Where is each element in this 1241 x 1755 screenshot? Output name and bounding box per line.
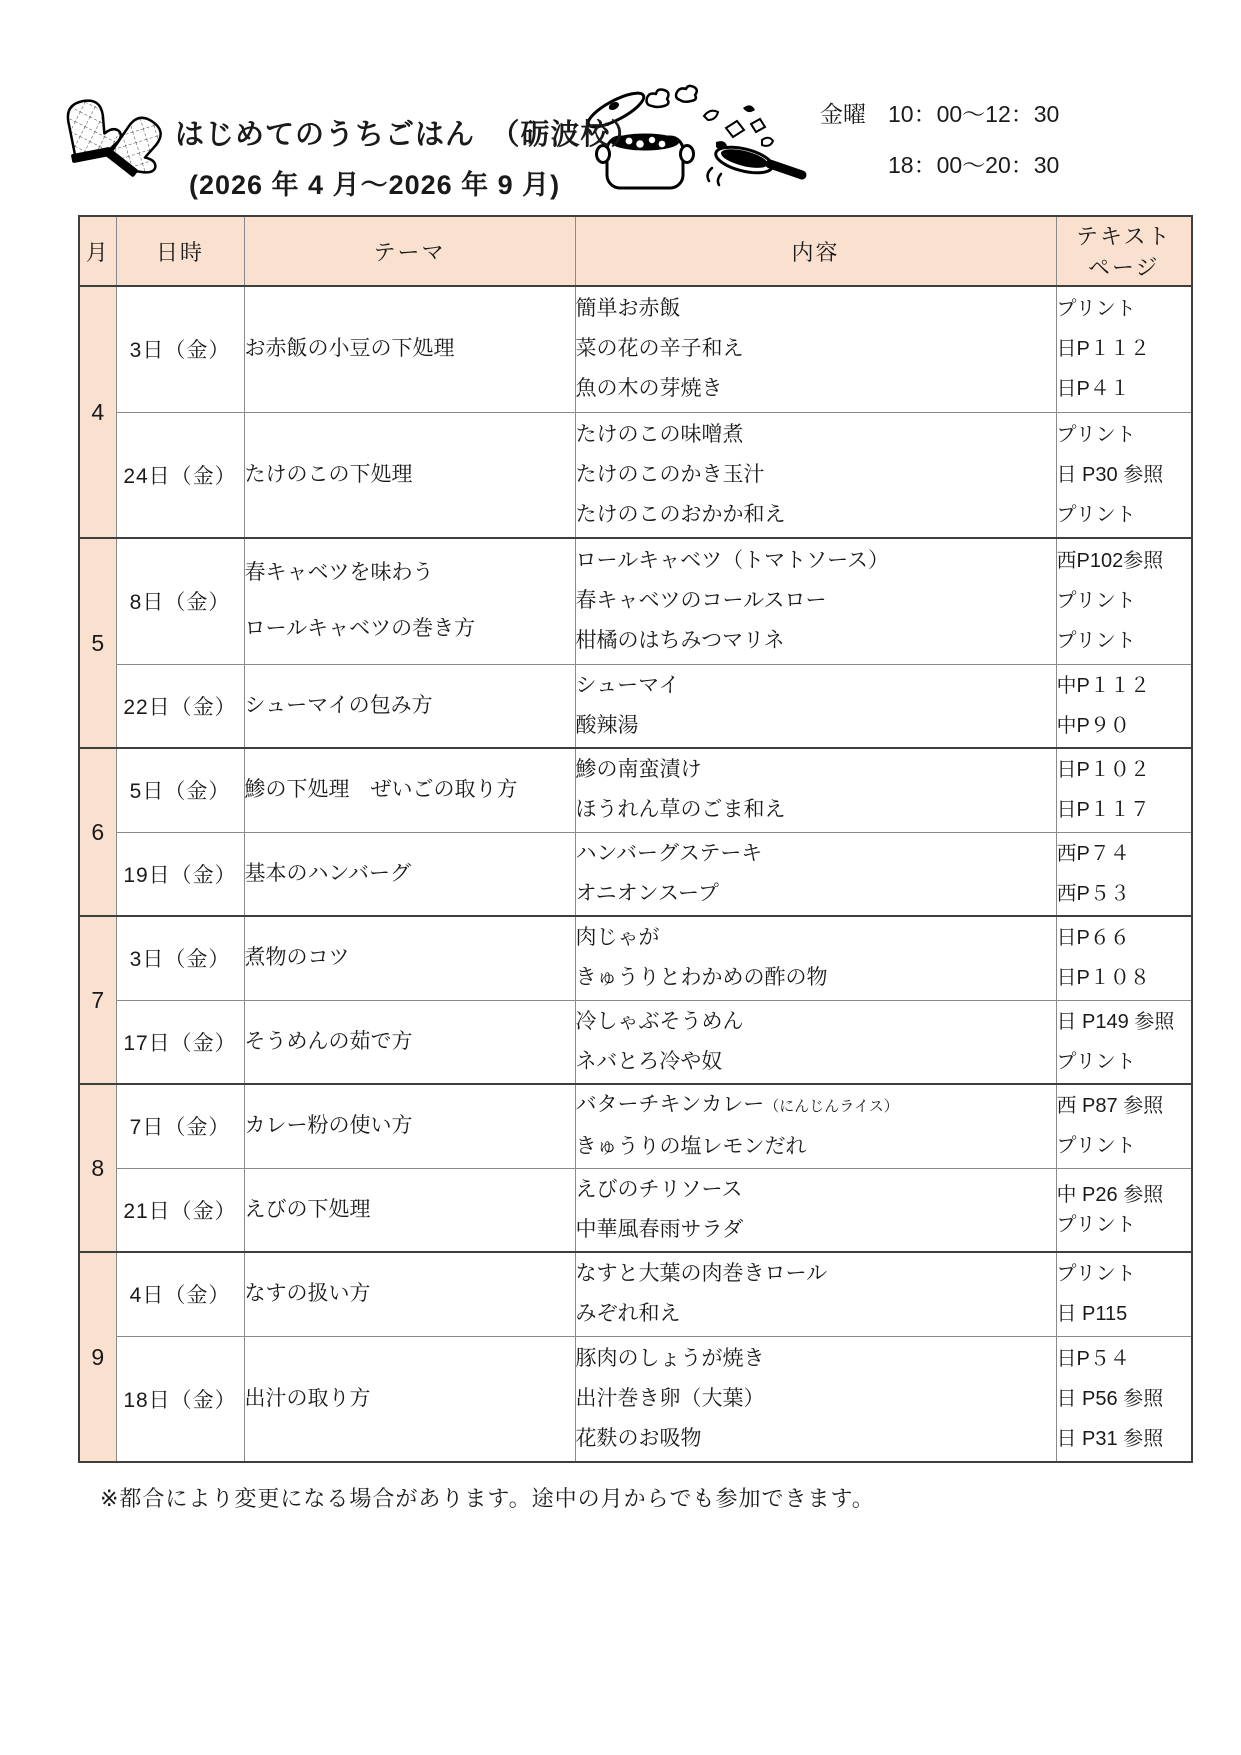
table-row: 22日（金）シューマイの包み方シューマイ酸辣湯中P１１２中P９０: [79, 664, 1192, 748]
pages-cell: 中 P26 参照プリント: [1056, 1168, 1192, 1252]
table-row: 87日（金）カレー粉の使い方バターチキンカレー（にんじんライス）きゅうりの塩レモ…: [79, 1084, 1192, 1168]
dish-line: たけのこの味噌煮: [576, 415, 1056, 455]
dish-line: 肉じゃが: [576, 918, 1056, 958]
date-cell: 5日（金）: [116, 748, 244, 832]
date-cell: 4日（金）: [116, 1252, 244, 1336]
table-row: 19日（金）基本のハンバーグハンバーグステーキオニオンスープ西P７４西P５３: [79, 832, 1192, 916]
page-ref-line: 日 P149 参照: [1057, 1002, 1192, 1042]
page-ref-line: プリント: [1057, 289, 1192, 329]
date-cell: 21日（金）: [116, 1168, 244, 1252]
theme-cell: カレー粉の使い方: [244, 1084, 575, 1168]
theme-cell: 煮物のコツ: [244, 916, 575, 1000]
date-cell: 18日（金）: [116, 1336, 244, 1462]
dish-line: 魚の木の芽焼き: [576, 369, 1056, 409]
pages-cell: 西P７４西P５３: [1056, 832, 1192, 916]
page-ref-line: 中P１１２: [1057, 666, 1192, 706]
footer-note: ※都合により変更になる場合があります。途中の月からでも参加できます。: [100, 1482, 875, 1513]
dish-line: みぞれ和え: [576, 1294, 1056, 1334]
dish-note: （にんじんライス）: [764, 1098, 898, 1115]
theme-line: なすの扱い方: [245, 1266, 575, 1322]
theme-cell: 基本のハンバーグ: [244, 832, 575, 916]
pages-cell: 西P102参照プリントプリント: [1056, 538, 1192, 664]
weekday-label: 金曜: [820, 101, 866, 127]
dish-line: ほうれん草のごま和え: [576, 790, 1056, 830]
theme-cell: 鯵の下処理 ぜいごの取り方: [244, 748, 575, 832]
date-cell: 7日（金）: [116, 1084, 244, 1168]
content-cell: ハンバーグステーキオニオンスープ: [575, 832, 1056, 916]
theme-line: 煮物のコツ: [245, 930, 575, 986]
col-header-text-line1: テキスト: [1057, 220, 1192, 251]
pages-cell: 日P５４日 P56 参照日 P31 参照: [1056, 1336, 1192, 1462]
dish-line: 鯵の南蛮漬け: [576, 750, 1056, 790]
month-cell: 9: [79, 1252, 116, 1462]
time-slot-2: 18：00～20：30: [888, 147, 1059, 180]
page: はじめてのうちごはん （砺波校） (2026 年 4 月～2026 年 9 月)…: [0, 0, 1241, 1755]
dish-line: 豚肉のしょうが焼き: [576, 1339, 1056, 1379]
dish-name: バターチキンカレー: [576, 1093, 765, 1116]
date-cell: 19日（金）: [116, 832, 244, 916]
dish-line: たけのこのおかか和え: [576, 495, 1056, 535]
date-cell: 17日（金）: [116, 1000, 244, 1084]
content-cell: バターチキンカレー（にんじんライス）きゅうりの塩レモンだれ: [575, 1084, 1056, 1168]
page-ref-line: 西P102参照: [1057, 541, 1192, 581]
table-row: 24日（金）たけのこの下処理たけのこの味噌煮たけのこのかき玉汁たけのこのおかか和…: [79, 412, 1192, 538]
table-row: 21日（金）えびの下処理えびのチリソース中華風春雨サラダ中 P26 参照プリント: [79, 1168, 1192, 1252]
dish-line: 柑橘のはちみつマリネ: [576, 621, 1056, 661]
dish-line: シューマイ: [576, 666, 1056, 706]
page-ref-line: 日P６６: [1057, 918, 1192, 958]
table-row: 58日（金）春キャベツを味わうロールキャベツの巻き方ロールキャベツ（トマトソース…: [79, 538, 1192, 664]
page-ref-line: 日P１１７: [1057, 790, 1192, 830]
class-schedule: 金曜10：00～12：30 18：00～20：30: [820, 96, 1059, 180]
page-ref-line: プリント: [1057, 581, 1192, 621]
page-ref-line: プリント: [1057, 621, 1192, 661]
dish-line: えびのチリソース: [576, 1170, 1056, 1210]
dish-line: ハンバーグステーキ: [576, 834, 1056, 874]
dish-line: 酸辣湯: [576, 706, 1056, 746]
dish-line: 春キャベツのコールスロー: [576, 581, 1056, 621]
pages-cell: 日P１０２日P１１７: [1056, 748, 1192, 832]
theme-line: そうめんの茹で方: [245, 1014, 575, 1070]
schedule-table-body: 43日（金）お赤飯の小豆の下処理簡単お赤飯菜の花の辛子和え魚の木の芽焼きプリント…: [79, 286, 1192, 1462]
dish-line: 冷しゃぶそうめん: [576, 1002, 1056, 1042]
dish-line: 花麩のお吸物: [576, 1419, 1056, 1459]
page-ref-line: 日P５４: [1057, 1339, 1192, 1379]
pages-cell: 日 P149 参照プリント: [1056, 1000, 1192, 1084]
theme-cell: 春キャベツを味わうロールキャベツの巻き方: [244, 538, 575, 664]
month-cell: 4: [79, 286, 116, 538]
month-cell: 5: [79, 538, 116, 748]
title-block: はじめてのうちごはん （砺波校） (2026 年 4 月～2026 年 9 月): [175, 112, 641, 202]
table-row: 94日（金）なすの扱い方なすと大葉の肉巻きロールみぞれ和えプリント日 P115: [79, 1252, 1192, 1336]
dish-line: 簡単お赤飯: [576, 289, 1056, 329]
pages-cell: 日P６６日P１０８: [1056, 916, 1192, 1000]
theme-line: お赤飯の小豆の下処理: [245, 321, 575, 377]
dish-line: きゅうりの塩レモンだれ: [576, 1127, 1056, 1167]
page-ref-line: 日 P31 参照: [1057, 1419, 1192, 1459]
pages-cell: 中P１１２中P９０: [1056, 664, 1192, 748]
page-ref-line: 日P１０８: [1057, 958, 1192, 998]
date-cell: 22日（金）: [116, 664, 244, 748]
page-ref-line: プリント: [1057, 415, 1192, 455]
page-ref-line: 日 P115: [1057, 1294, 1192, 1334]
content-cell: シューマイ酸辣湯: [575, 664, 1056, 748]
page-ref-line: 中 P26 参照: [1057, 1180, 1192, 1210]
col-header-content: 内容: [575, 216, 1056, 286]
page-subtitle: (2026 年 4 月～2026 年 9 月): [175, 163, 641, 202]
theme-cell: そうめんの茹で方: [244, 1000, 575, 1084]
page-ref-line: プリント: [1057, 1042, 1192, 1082]
page-ref-line: 西P７４: [1057, 834, 1192, 874]
schedule-line-1: 金曜10：00～12：30: [820, 96, 1059, 129]
content-cell: 冷しゃぶそうめんネバとろ冷や奴: [575, 1000, 1056, 1084]
content-cell: ロールキャベツ（トマトソース）春キャベツのコールスロー柑橘のはちみつマリネ: [575, 538, 1056, 664]
date-cell: 3日（金）: [116, 286, 244, 412]
pages-cell: プリント日 P30 参照プリント: [1056, 412, 1192, 538]
theme-line: 鯵の下処理 ぜいごの取り方: [245, 762, 575, 818]
table-row: 73日（金）煮物のコツ肉じゃがきゅうりとわかめの酢の物日P６６日P１０８: [79, 916, 1192, 1000]
page-ref-line: 日P１１２: [1057, 329, 1192, 369]
table-row: 18日（金）出汁の取り方豚肉のしょうが焼き出汁巻き卵（大葉）花麩のお吸物日P５４…: [79, 1336, 1192, 1462]
theme-cell: なすの扱い方: [244, 1252, 575, 1336]
page-ref-line: 日 P56 参照: [1057, 1379, 1192, 1419]
page-ref-line: 日P１０２: [1057, 750, 1192, 790]
theme-line: カレー粉の使い方: [245, 1098, 575, 1154]
page-ref-line: 中P９０: [1057, 706, 1192, 746]
dish-line: オニオンスープ: [576, 874, 1056, 914]
date-cell: 8日（金）: [116, 538, 244, 664]
col-header-theme: テーマ: [244, 216, 575, 286]
content-cell: たけのこの味噌煮たけのこのかき玉汁たけのこのおかか和え: [575, 412, 1056, 538]
page-ref-line: プリント: [1057, 1210, 1192, 1240]
theme-cell: たけのこの下処理: [244, 412, 575, 538]
dish-line: なすと大葉の肉巻きロール: [576, 1254, 1056, 1294]
theme-cell: シューマイの包み方: [244, 664, 575, 748]
theme-cell: えびの下処理: [244, 1168, 575, 1252]
dish-line: ネバとろ冷や奴: [576, 1042, 1056, 1082]
time-slot-1: 10：00～12：30: [888, 101, 1059, 127]
theme-cell: お赤飯の小豆の下処理: [244, 286, 575, 412]
theme-line: ロールキャベツの巻き方: [245, 601, 575, 657]
theme-line: えびの下処理: [245, 1182, 575, 1238]
dish-line: 菜の花の辛子和え: [576, 329, 1056, 369]
page-ref-line: 西 P87 参照: [1057, 1086, 1192, 1126]
table-row: 17日（金）そうめんの茹で方冷しゃぶそうめんネバとろ冷や奴日 P149 参照プリ…: [79, 1000, 1192, 1084]
theme-line: 基本のハンバーグ: [245, 846, 575, 902]
dish-line: 出汁巻き卵（大葉）: [576, 1379, 1056, 1419]
date-cell: 3日（金）: [116, 916, 244, 1000]
page-ref-line: プリント: [1057, 1126, 1192, 1166]
table-row: 65日（金）鯵の下処理 ぜいごの取り方鯵の南蛮漬けほうれん草のごま和え日P１０２…: [79, 748, 1192, 832]
content-cell: なすと大葉の肉巻きロールみぞれ和え: [575, 1252, 1056, 1336]
dish-line: ロールキャベツ（トマトソース）: [576, 541, 1056, 581]
col-header-datetime: 日時: [116, 216, 244, 286]
table-row: 43日（金）お赤飯の小豆の下処理簡単お赤飯菜の花の辛子和え魚の木の芽焼きプリント…: [79, 286, 1192, 412]
oven-mitts-icon: [56, 92, 174, 186]
content-cell: えびのチリソース中華風春雨サラダ: [575, 1168, 1056, 1252]
theme-line: 春キャベツを味わう: [245, 545, 575, 601]
dish-line: バターチキンカレー（にんじんライス）: [576, 1085, 1056, 1127]
month-cell: 8: [79, 1084, 116, 1252]
pages-cell: プリント日 P115: [1056, 1252, 1192, 1336]
col-header-text-page: テキスト ページ: [1056, 216, 1192, 286]
theme-line: 出汁の取り方: [245, 1371, 575, 1427]
pages-cell: プリント日P１１２日P４１: [1056, 286, 1192, 412]
col-header-month: 月: [79, 216, 116, 286]
theme-cell: 出汁の取り方: [244, 1336, 575, 1462]
content-cell: 鯵の南蛮漬けほうれん草のごま和え: [575, 748, 1056, 832]
content-cell: 豚肉のしょうが焼き出汁巻き卵（大葉）花麩のお吸物: [575, 1336, 1056, 1462]
dish-line: 中華風春雨サラダ: [576, 1210, 1056, 1250]
table-header-row: 月 日時 テーマ 内容 テキスト ページ: [79, 216, 1192, 286]
dish-line: たけのこのかき玉汁: [576, 455, 1056, 495]
month-cell: 7: [79, 916, 116, 1084]
page-ref-line: 日P４１: [1057, 369, 1192, 409]
page-ref-line: 西P５３: [1057, 874, 1192, 914]
pages-cell: 西 P87 参照プリント: [1056, 1084, 1192, 1168]
content-cell: 肉じゃがきゅうりとわかめの酢の物: [575, 916, 1056, 1000]
theme-line: たけのこの下処理: [245, 447, 575, 503]
date-cell: 24日（金）: [116, 412, 244, 538]
page-ref-line: プリント: [1057, 1254, 1192, 1294]
schedule-table: 月 日時 テーマ 内容 テキスト ページ 43日（金）お赤飯の小豆の下処理簡単お…: [78, 215, 1193, 1463]
theme-line: シューマイの包み方: [245, 678, 575, 734]
dish-line: きゅうりとわかめの酢の物: [576, 958, 1056, 998]
col-header-text-line2: ページ: [1057, 251, 1192, 282]
page-ref-line: 日 P30 参照: [1057, 455, 1192, 495]
frying-pan-icon: [696, 98, 811, 190]
month-cell: 6: [79, 748, 116, 916]
content-cell: 簡単お赤飯菜の花の辛子和え魚の木の芽焼き: [575, 286, 1056, 412]
page-title: はじめてのうちごはん （砺波校）: [175, 112, 641, 153]
page-ref-line: プリント: [1057, 495, 1192, 535]
